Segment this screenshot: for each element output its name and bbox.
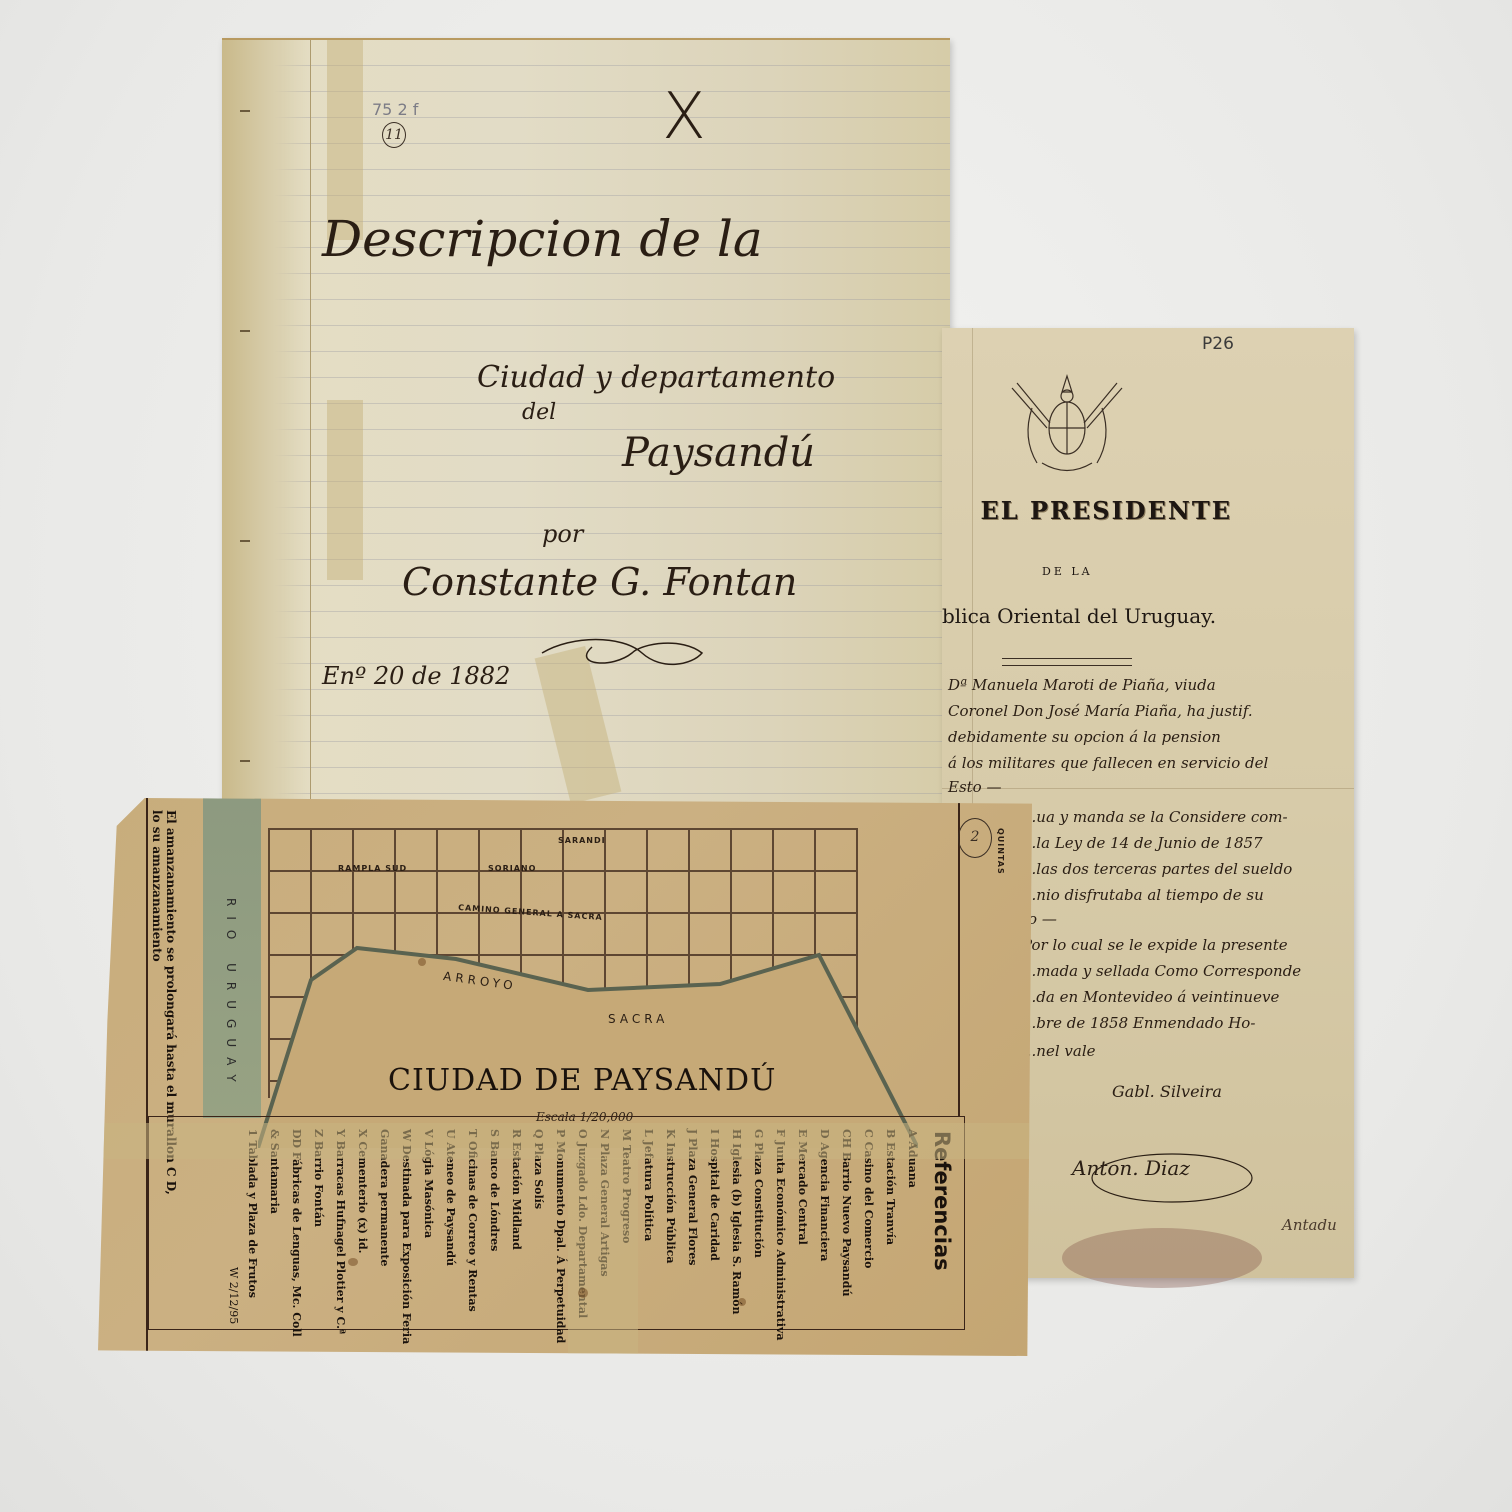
street-label: QUINTAS bbox=[996, 828, 1005, 875]
signature-flourish bbox=[1082, 1148, 1262, 1208]
title-line-1: Descripcion de la bbox=[322, 210, 763, 268]
manuscript-date: Enº 20 de 1882 bbox=[322, 662, 510, 690]
street-label: RAMPLA SUD bbox=[338, 864, 407, 873]
certificate-text-line: Por lo cual se le expide la presente bbox=[1022, 936, 1288, 954]
paysandu-city-map: lo su amanzanamiento El amanzanamiento s… bbox=[98, 798, 1032, 1356]
coat-of-arms-icon bbox=[1002, 368, 1132, 478]
circled-number: 2 bbox=[958, 818, 992, 858]
certificate-de-la: DE LA bbox=[1042, 565, 1093, 578]
water-stain bbox=[1062, 1228, 1262, 1288]
certificate-text-line: Coronel Don José María Piaña, ha justif. bbox=[948, 702, 1253, 720]
signature-third: Antadu bbox=[1282, 1216, 1337, 1234]
legend-item: Y Barracas Hufnagel Plotier y C.ª bbox=[334, 1129, 347, 1334]
certificate-text-line: Esto — bbox=[948, 778, 1001, 796]
circled-number: 11 bbox=[382, 122, 406, 148]
title-line-3: del bbox=[522, 400, 556, 425]
cross-mark: X bbox=[662, 80, 706, 154]
tape-strip bbox=[568, 1158, 638, 1358]
certificate-text-line: Dª Manuela Maroti de Piaña, viuda bbox=[948, 676, 1216, 694]
ornament-rule bbox=[1002, 658, 1132, 666]
foxing-spot bbox=[418, 958, 426, 966]
certificate-text-line: á los militares que fallecen en servicio… bbox=[948, 754, 1268, 772]
flourish-ornament bbox=[532, 625, 712, 675]
certificate-heading: EL PRESIDENTE bbox=[942, 496, 1232, 525]
certificate-text-line: ...nel vale bbox=[1022, 1042, 1096, 1060]
certificate-text-line: ...da en Montevideo á veintinueve bbox=[1022, 988, 1279, 1006]
stitch-mark bbox=[240, 760, 250, 762]
certificate-text-line: ...la Ley de 14 de Junio de 1857 bbox=[1022, 834, 1263, 852]
arroyo-label: SACRA bbox=[608, 1012, 668, 1026]
pencil-note: 75 2 f bbox=[372, 100, 418, 119]
catalog-mark: P26 bbox=[1202, 334, 1234, 354]
signature-silveira: Gabl. Silveira bbox=[1112, 1082, 1222, 1101]
certificate-text-line: debidamente su opcion á la pension bbox=[948, 728, 1221, 746]
by-line: por bbox=[542, 520, 583, 548]
certificate-text-line: ...bre de 1858 Enmendado Ho- bbox=[1022, 1014, 1255, 1032]
legend-item: DD Fábricas de Lenguas, Mc. Coll bbox=[290, 1129, 303, 1337]
author-name: Constante G. Fontan bbox=[402, 560, 797, 604]
river-label: RIO URUGUAY bbox=[224, 898, 238, 1092]
legend-item: F Junta Económico Administrativa bbox=[774, 1129, 787, 1341]
stitch-mark bbox=[240, 330, 250, 332]
certificate-text-line: ...ua y manda se la Considere com- bbox=[1022, 808, 1288, 826]
legend-item: P Monumento Dpal. Á Perpetuidad bbox=[554, 1129, 567, 1343]
certificate-republic: blica Oriental del Uruguay. bbox=[942, 604, 1216, 628]
margin-note: lo su amanzanamiento bbox=[150, 810, 164, 962]
foxing-spot bbox=[738, 1298, 746, 1306]
tape-strip bbox=[327, 400, 363, 580]
foxing-spot bbox=[578, 1288, 588, 1298]
tape-strip bbox=[98, 1123, 1032, 1159]
map-title: CIUDAD DE PAYSANDÚ bbox=[388, 1063, 776, 1098]
fold-line bbox=[942, 788, 1354, 789]
certificate-text-line: ...las dos terceras partes del sueldo bbox=[1022, 860, 1292, 878]
foxing-spot bbox=[348, 1258, 358, 1266]
title-line-2: Ciudad y departamento bbox=[477, 360, 835, 395]
date-mark: W 2/12/95 bbox=[227, 1267, 240, 1324]
street-label: SARANDI bbox=[558, 836, 606, 845]
street-label: SORIANO bbox=[488, 864, 536, 873]
stitch-mark bbox=[240, 110, 250, 112]
certificate-text-line: ...nio disfrutaba al tiempo de su bbox=[1022, 886, 1264, 904]
title-line-4: Paysandú bbox=[622, 430, 815, 476]
certificate-text-line: ...mada y sellada Como Corresponde bbox=[1022, 962, 1301, 980]
legend-item: W Destinada para Exposición Feria bbox=[400, 1129, 413, 1344]
stitch-mark bbox=[240, 540, 250, 542]
